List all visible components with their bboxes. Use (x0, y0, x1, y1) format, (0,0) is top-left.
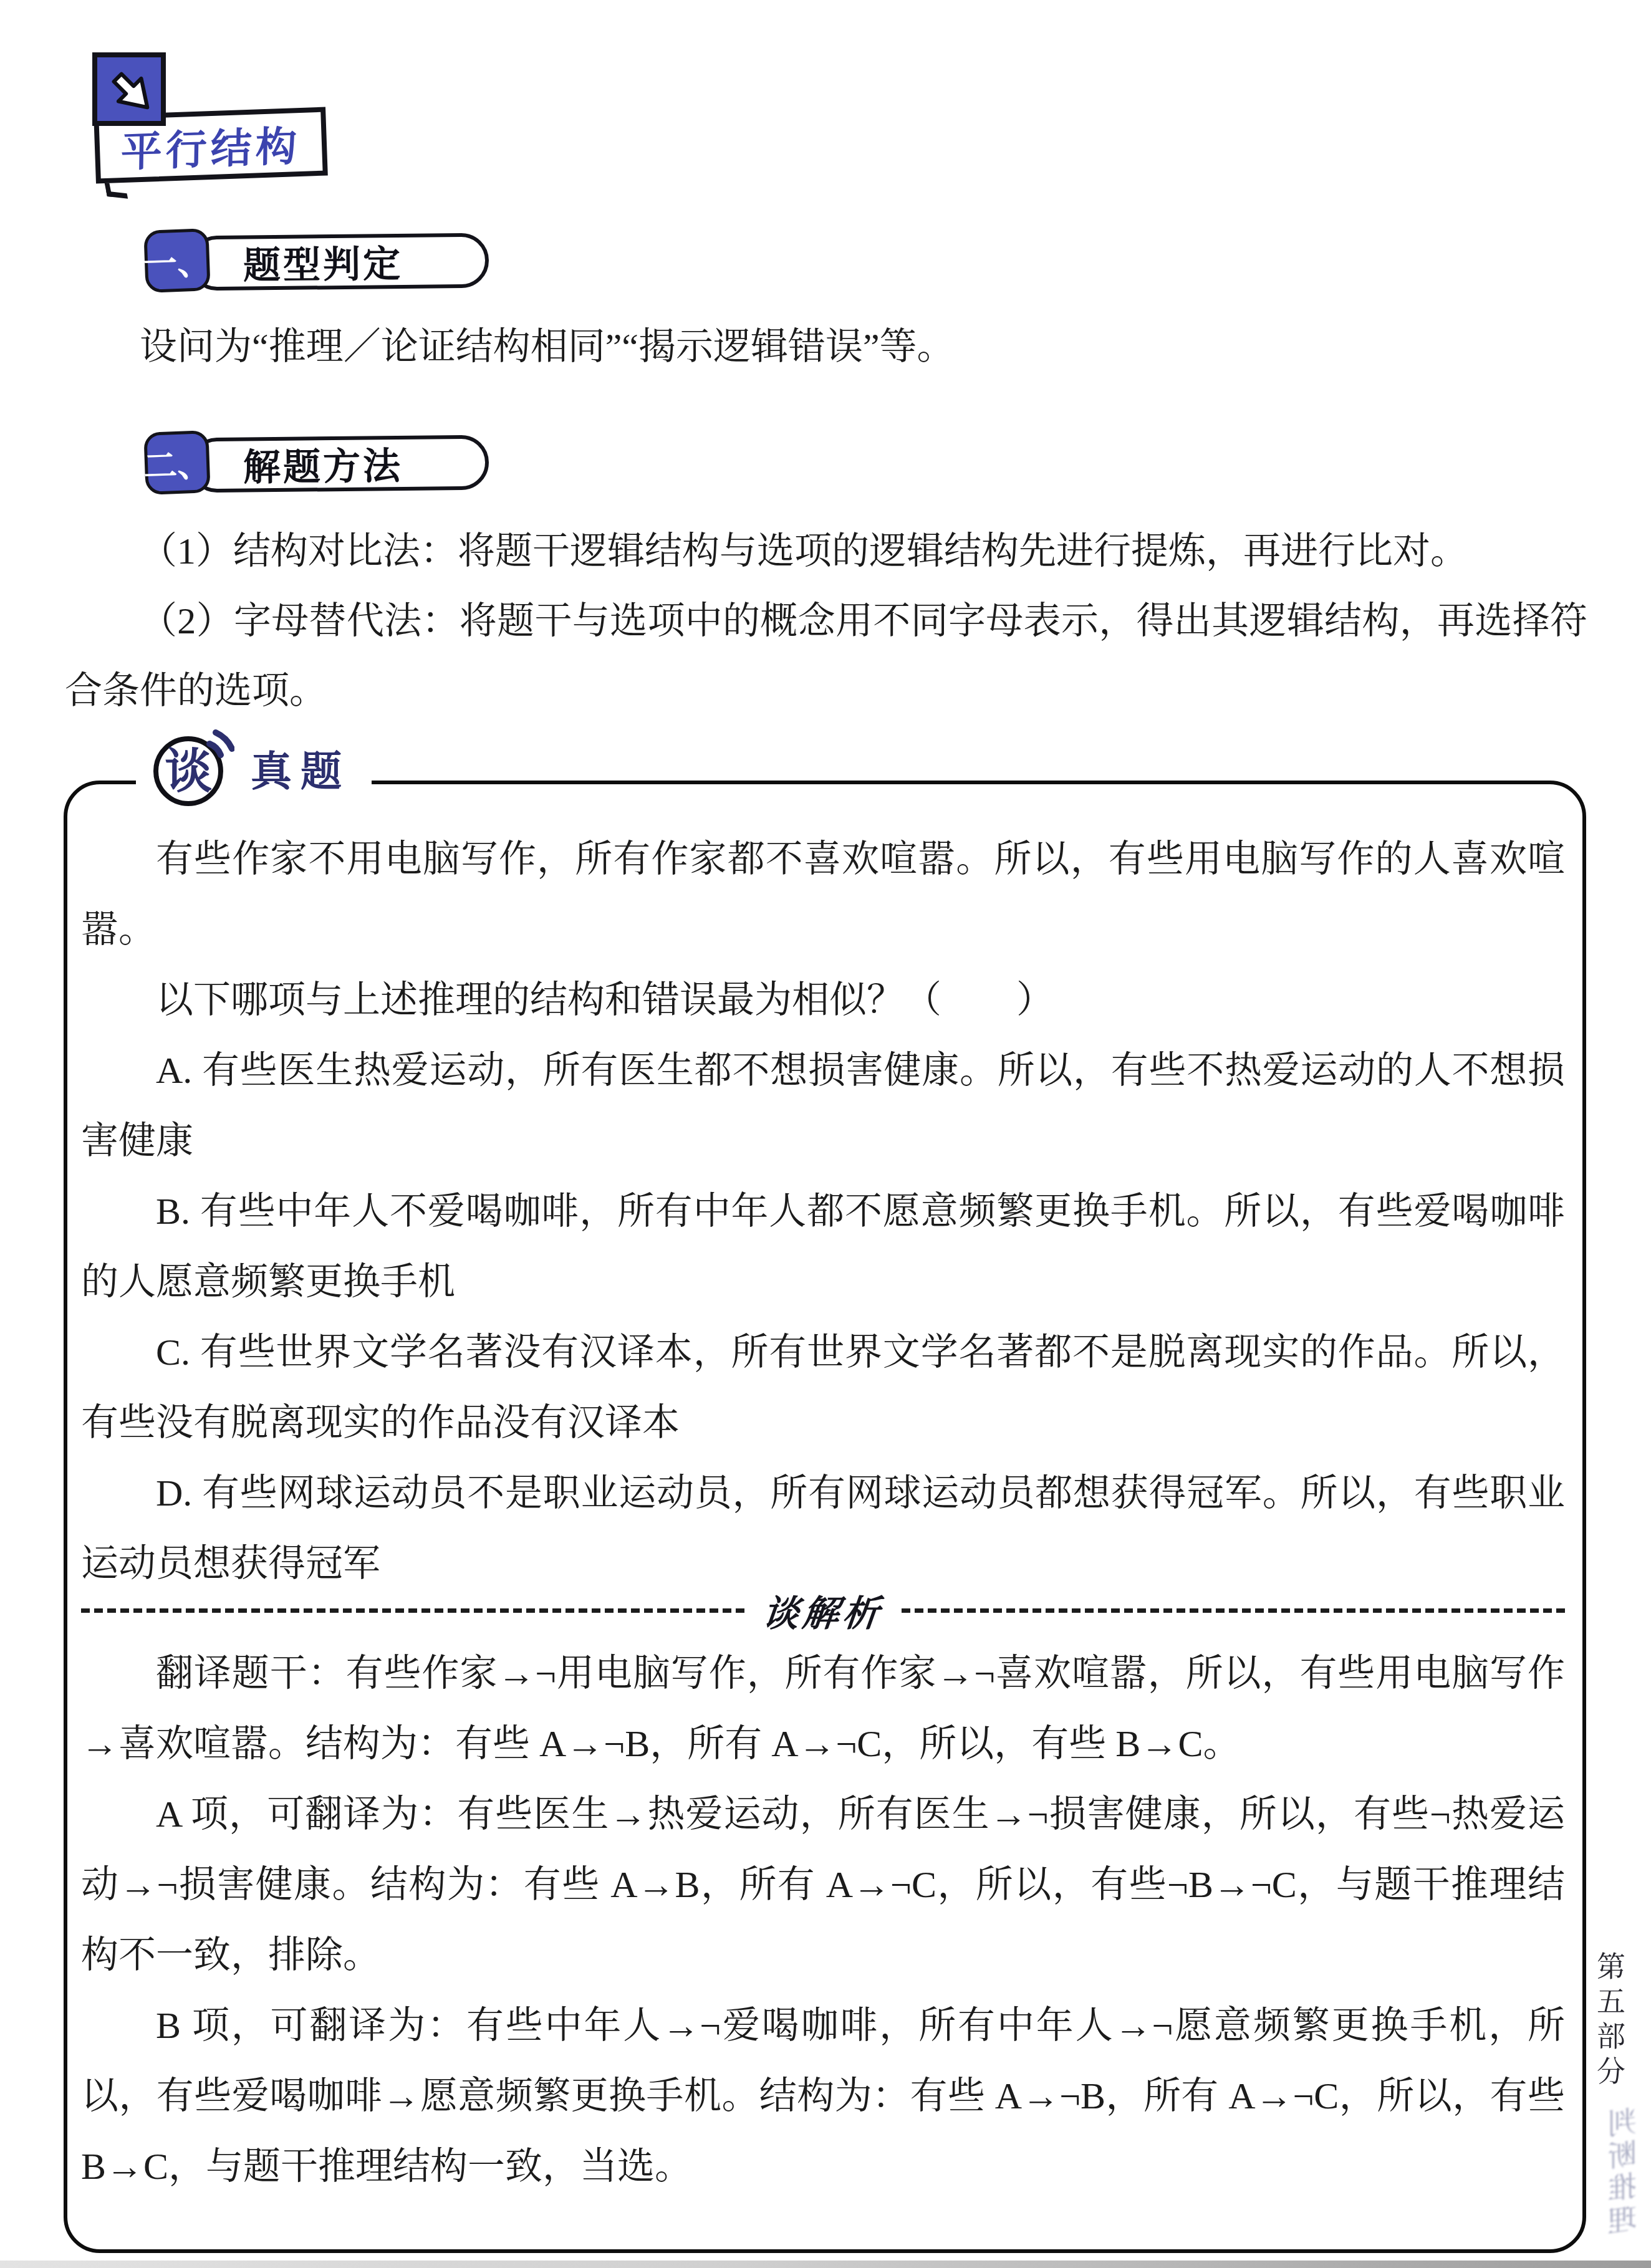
section-2-title: 解题方法 (243, 436, 403, 492)
exam-question-body: 有些作家不用电脑写作，所有作家都不喜欢喧嚣。所以，有些用电脑写作的人喜欢喧嚣。 … (81, 824, 1565, 1599)
section-2-number: 二、 (143, 438, 212, 488)
option-d: D. 有些网球运动员不是职业运动员，所有网球运动员都想获得冠军。所以，有些职业运… (81, 1458, 1565, 1599)
question-stem: 有些作家不用电脑写作，所有作家都不喜欢喧嚣。所以，有些用电脑写作的人喜欢喧嚣。 (81, 824, 1565, 965)
exam-tag: 谈 真题 (136, 721, 372, 814)
divider-dash-right (902, 1608, 1565, 1613)
section-2-number-badge: 二、 (143, 430, 210, 495)
section-1-title-pill: 题型判定 (190, 233, 489, 291)
analysis-paragraph-a: A 项，可翻译为：有些医生→热爱运动，所有医生→¬损害健康，所以，有些¬热爱运动… (81, 1779, 1565, 1991)
analysis-paragraph-b: B 项，可翻译为：有些中年人→¬爱喝咖啡，所有中年人→¬愿意频繁更换手机，所以，… (81, 1991, 1565, 2202)
analysis-divider-label: 谈解析 (761, 1584, 886, 1636)
section-1-header: 题型判定 一、 (145, 229, 643, 292)
tan-speech-icon: 谈 (147, 724, 234, 811)
option-a: A. 有些医生热爱运动，所有医生都不想损害健康。所以，有些不热爱运动的人不想损害… (81, 1035, 1565, 1176)
section-1-number-badge: 一、 (143, 228, 210, 293)
method-item-1: （1）结构对比法：将题干逻辑结构与选项的逻辑结构先进行提炼，再进行比对。 (65, 516, 1587, 586)
divider-dash-left (81, 1608, 744, 1613)
analysis-body: 翻译题干：有些作家→¬用电脑写作，所有作家→¬喜欢喧嚣，所以，有些用电脑写作→喜… (81, 1638, 1565, 2202)
section-1-number: 一、 (143, 236, 212, 286)
chapter-badge-icon-box (92, 52, 166, 126)
margin-ghost-bleedthrough-text: 判断推理 (1604, 2104, 1645, 2239)
analysis-divider: 谈解析 (81, 1582, 1565, 1638)
method-item-2: （2）字母替代法：将题干与选项中的概念用不同字母表示，得出其逻辑结构，再选择符合… (65, 586, 1587, 726)
type-determination-text: 设问为“推理／论证结构相同”“揭示逻辑错误”等。 (65, 312, 1587, 382)
option-c: C. 有些世界文学名著没有汉译本，所有世界文学名著都不是脱离现实的作品。所以，有… (81, 1317, 1565, 1458)
section-2-header: 解题方法 二、 (145, 431, 643, 494)
textbook-page: 平行结构 题型判定 一、 设问为“推理／论证结构相同”“揭示逻辑错误”等。 解题… (0, 0, 1651, 2268)
svg-text:谈: 谈 (165, 745, 212, 798)
question-prompt: 以下哪项与上述推理的结构和错误最为相似？（ ） (81, 965, 1565, 1035)
analysis-paragraph-stem: 翻译题干：有些作家→¬用电脑写作，所有作家→¬喜欢喧嚣，所以，有些用电脑写作→喜… (81, 1638, 1565, 1779)
section-2-title-pill: 解题方法 (190, 435, 489, 493)
exam-tag-label: 真题 (251, 738, 350, 797)
option-b: B. 有些中年人不爱喝咖啡，所有中年人都不愿意频繁更换手机。所以，有些爱喝咖啡的… (81, 1176, 1565, 1317)
margin-part-label: 第五部分 (1589, 1951, 1630, 2091)
arrow-down-right-icon (105, 65, 153, 113)
section-1-title: 题型判定 (243, 234, 403, 290)
page-bottom-edge (0, 2261, 1651, 2268)
